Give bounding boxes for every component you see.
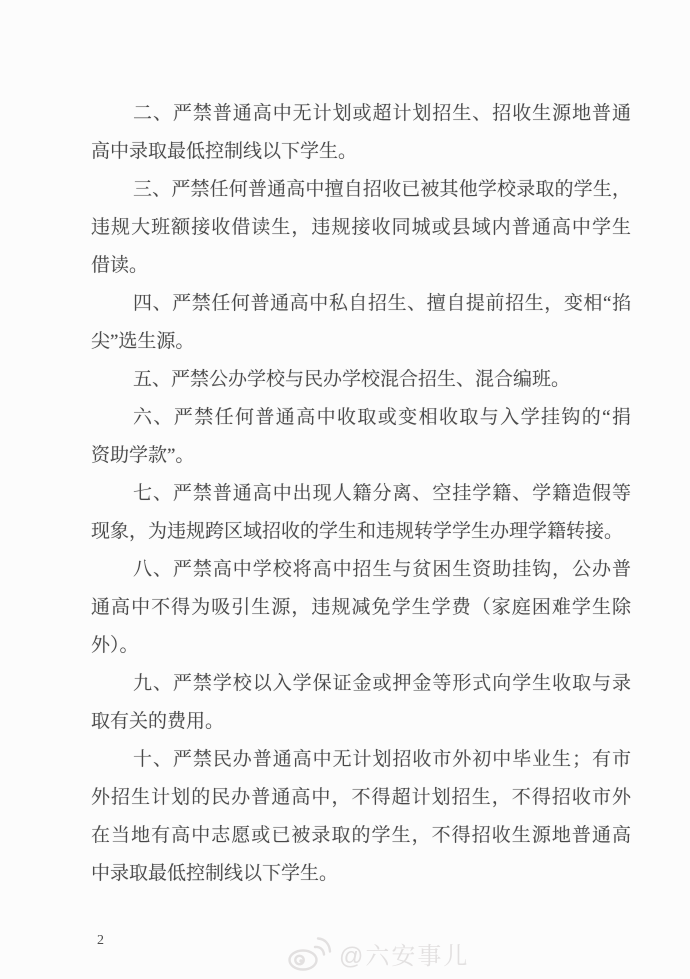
document-line: 五、严禁公办学校与民办学校混合招生、混合编班。	[91, 361, 631, 399]
watermark: @六安事儿	[286, 934, 469, 972]
document-body: 二、严禁普通高中无计划或超计划招生、招收生源地普通高中录取最低控制线以下学生。三…	[91, 95, 631, 893]
document-line: 六、严禁任何普通高中收取或变相收取与入学挂钩的“捐	[91, 399, 631, 437]
document-line: 违规大班额接收借读生，违规接收同城或县域内普通高中学生	[91, 209, 631, 247]
paragraph: 四、严禁任何普通高中私自招生、擅自提前招生，变相“掐尖”选生源。	[91, 285, 631, 361]
paragraph: 八、严禁高中学校将高中招生与贫困生资助挂钩，公办普通高中不得为吸引生源，违规减免…	[91, 551, 631, 665]
weibo-icon	[286, 934, 332, 972]
paragraph: 十、严禁民办普通高中无计划招收市外初中毕业生；有市外招生计划的民办普通高中，不得…	[91, 741, 631, 893]
paragraph: 九、严禁学校以入学保证金或押金等形式向学生收取与录取有关的费用。	[91, 665, 631, 741]
document-line: 四、严禁任何普通高中私自招生、擅自提前招生，变相“掐	[91, 285, 631, 323]
watermark-text: @六安事儿	[339, 936, 469, 971]
document-line: 尖”选生源。	[91, 323, 631, 361]
document-line: 外）。	[91, 627, 631, 665]
document-line: 二、严禁普通高中无计划或超计划招生、招收生源地普通	[91, 95, 631, 133]
document-line: 借读。	[91, 247, 631, 285]
document-line: 资助学款”。	[91, 437, 631, 475]
document-line: 外招生计划的民办普通高中，不得超计划招生，不得招收市外	[91, 779, 631, 817]
document-line: 取有关的费用。	[91, 703, 631, 741]
page-number: 2	[97, 933, 104, 949]
document-line: 三、严禁任何普通高中擅自招收已被其他学校录取的学生，	[91, 171, 631, 209]
document-line: 十、严禁民办普通高中无计划招收市外初中毕业生；有市	[91, 741, 631, 779]
document-line: 高中录取最低控制线以下学生。	[91, 133, 631, 171]
paragraph: 五、严禁公办学校与民办学校混合招生、混合编班。	[91, 361, 631, 399]
document-line: 中录取最低控制线以下学生。	[91, 855, 631, 893]
document-line: 通高中不得为吸引生源，违规减免学生学费（家庭困难学生除	[91, 589, 631, 627]
document-line: 七、严禁普通高中出现人籍分离、空挂学籍、学籍造假等	[91, 475, 631, 513]
paragraph: 二、严禁普通高中无计划或超计划招生、招收生源地普通高中录取最低控制线以下学生。	[91, 95, 631, 171]
document-line: 现象，为违规跨区域招收的学生和违规转学学生办理学籍转接。	[91, 513, 631, 551]
document-line: 九、严禁学校以入学保证金或押金等形式向学生收取与录	[91, 665, 631, 703]
paragraph: 三、严禁任何普通高中擅自招收已被其他学校录取的学生，违规大班额接收借读生，违规接…	[91, 171, 631, 285]
document-line: 在当地有高中志愿或已被录取的学生，不得招收生源地普通高	[91, 817, 631, 855]
document-page: 二、严禁普通高中无计划或超计划招生、招收生源地普通高中录取最低控制线以下学生。三…	[0, 0, 690, 979]
paragraph: 七、严禁普通高中出现人籍分离、空挂学籍、学籍造假等现象，为违规跨区域招收的学生和…	[91, 475, 631, 551]
document-line: 八、严禁高中学校将高中招生与贫困生资助挂钩，公办普	[91, 551, 631, 589]
paragraph: 六、严禁任何普通高中收取或变相收取与入学挂钩的“捐资助学款”。	[91, 399, 631, 475]
